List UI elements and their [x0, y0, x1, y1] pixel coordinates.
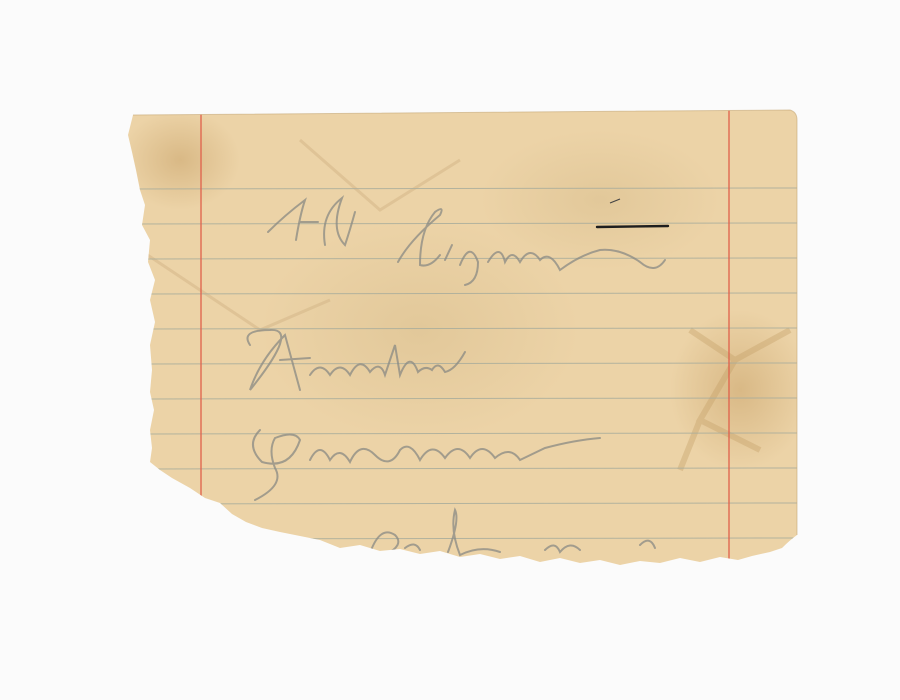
paper-sheet [120, 100, 810, 580]
ink-mark [597, 226, 668, 227]
torn-paper-photo [0, 0, 900, 700]
